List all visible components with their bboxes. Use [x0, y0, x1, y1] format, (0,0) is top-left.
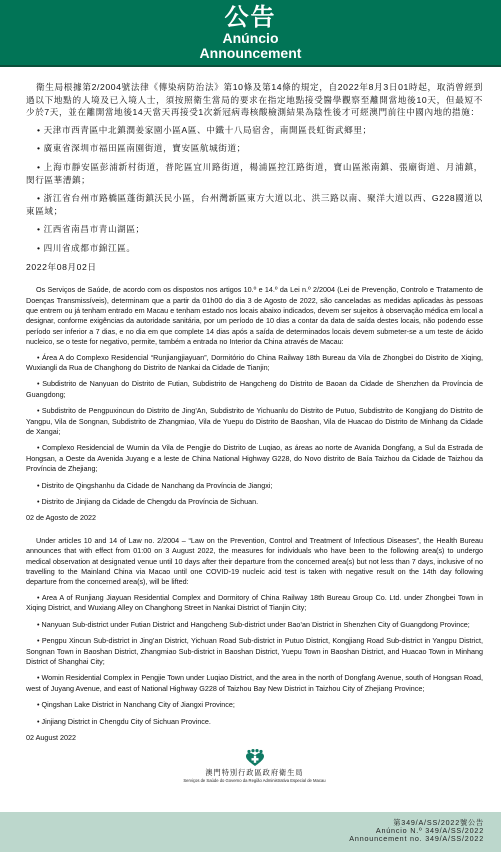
section-en: Under articles 10 and 14 of Law no. 2/20… — [26, 536, 483, 744]
intro-en: Under articles 10 and 14 of Law no. 2/20… — [26, 536, 483, 588]
title-zh: 公告 — [225, 5, 277, 31]
title-pt: Anúncio — [223, 31, 279, 46]
list-item: • Womin Residential Complex in Pengjie T… — [26, 673, 483, 694]
list-item: • Área A do Complexo Residencial “Runjia… — [26, 353, 483, 374]
announcement-body: 衛生局根據第2/2004號法律《傳染病防治法》第10條及第14條的規定，自202… — [0, 67, 501, 783]
announcement-number-en: Announcement no. 349/A/SS/2022 — [0, 835, 484, 843]
health-bureau-heart-cross-icon — [245, 749, 265, 767]
date-en: 02 August 2022 — [26, 733, 483, 743]
list-item: • 四川省成都市錦江區。 — [26, 242, 483, 255]
list-item: • 江西省南昌市青山湖區； — [26, 223, 483, 236]
announcement-header: 公告 Anúncio Announcement — [0, 0, 501, 67]
list-item: • Subdistrito de Nanyuan do Distrito de … — [26, 379, 483, 400]
logo-name-zh: 澳門特別行政區政府衛生局 — [205, 768, 303, 778]
section-zh: 衛生局根據第2/2004號法律《傳染病防治法》第10條及第14條的規定，自202… — [26, 81, 483, 273]
list-item: • Area A of Runjiang Jiayuan Residential… — [26, 593, 483, 614]
announcement-number-footer: 第349/A/SS/2022號公告 Anúncio N.º 349/A/SS/2… — [0, 812, 501, 852]
list-item: • Complexo Residencial de Wumin da Vila … — [26, 443, 483, 474]
intro-zh: 衛生局根據第2/2004號法律《傳染病防治法》第10條及第14條的規定，自202… — [26, 81, 483, 119]
list-item: • 廣東省深圳市福田區南園街道，寶安區航城街道； — [26, 142, 483, 155]
list-item: • Pengpu Xincun Sub-district in Jing’an … — [26, 636, 483, 667]
list-item: • 天津市西青區中北鎮潤姜家園小區A區、中鐵十八局宿舍，南開區長虹街武鄉里； — [26, 124, 483, 137]
health-bureau-logo: 澳門特別行政區政府衛生局 Serviços de Saúde do Govern… — [26, 749, 483, 783]
list-item: • Distrito de Jinjiang da Cidade de Chen… — [26, 497, 483, 507]
intro-pt: Os Serviços de Saúde, de acordo com os d… — [26, 285, 483, 347]
date-pt: 02 de Agosto de 2022 — [26, 513, 483, 523]
list-item: • 浙江省台州市路橋區蓬街鎮沃民小區，台州灣新區東方大道以北、洪三路以南、聚洋大… — [26, 192, 483, 217]
title-en: Announcement — [200, 46, 302, 61]
list-item: • Distrito de Qingshanhu da Cidade de Na… — [26, 481, 483, 491]
list-item: • Nanyuan Sub-district under Futian Dist… — [26, 620, 483, 630]
list-item: • Jinjiang District in Chengdu City of S… — [26, 717, 483, 727]
list-item: • 上海市靜安區彭浦新村街道，普陀區宜川路街道，楊浦區控江路街道，寶山區淞南鎮、… — [26, 161, 483, 186]
list-item: • Qingshan Lake District in Nanchang Cit… — [26, 700, 483, 710]
date-zh: 2022年08月02日 — [26, 261, 483, 274]
list-item: • Subdistrito de Pengpuxincun do Distrit… — [26, 406, 483, 437]
section-pt: Os Serviços de Saúde, de acordo com os d… — [26, 285, 483, 524]
logo-name-pt: Serviços de Saúde do Governo da Região A… — [183, 778, 325, 783]
